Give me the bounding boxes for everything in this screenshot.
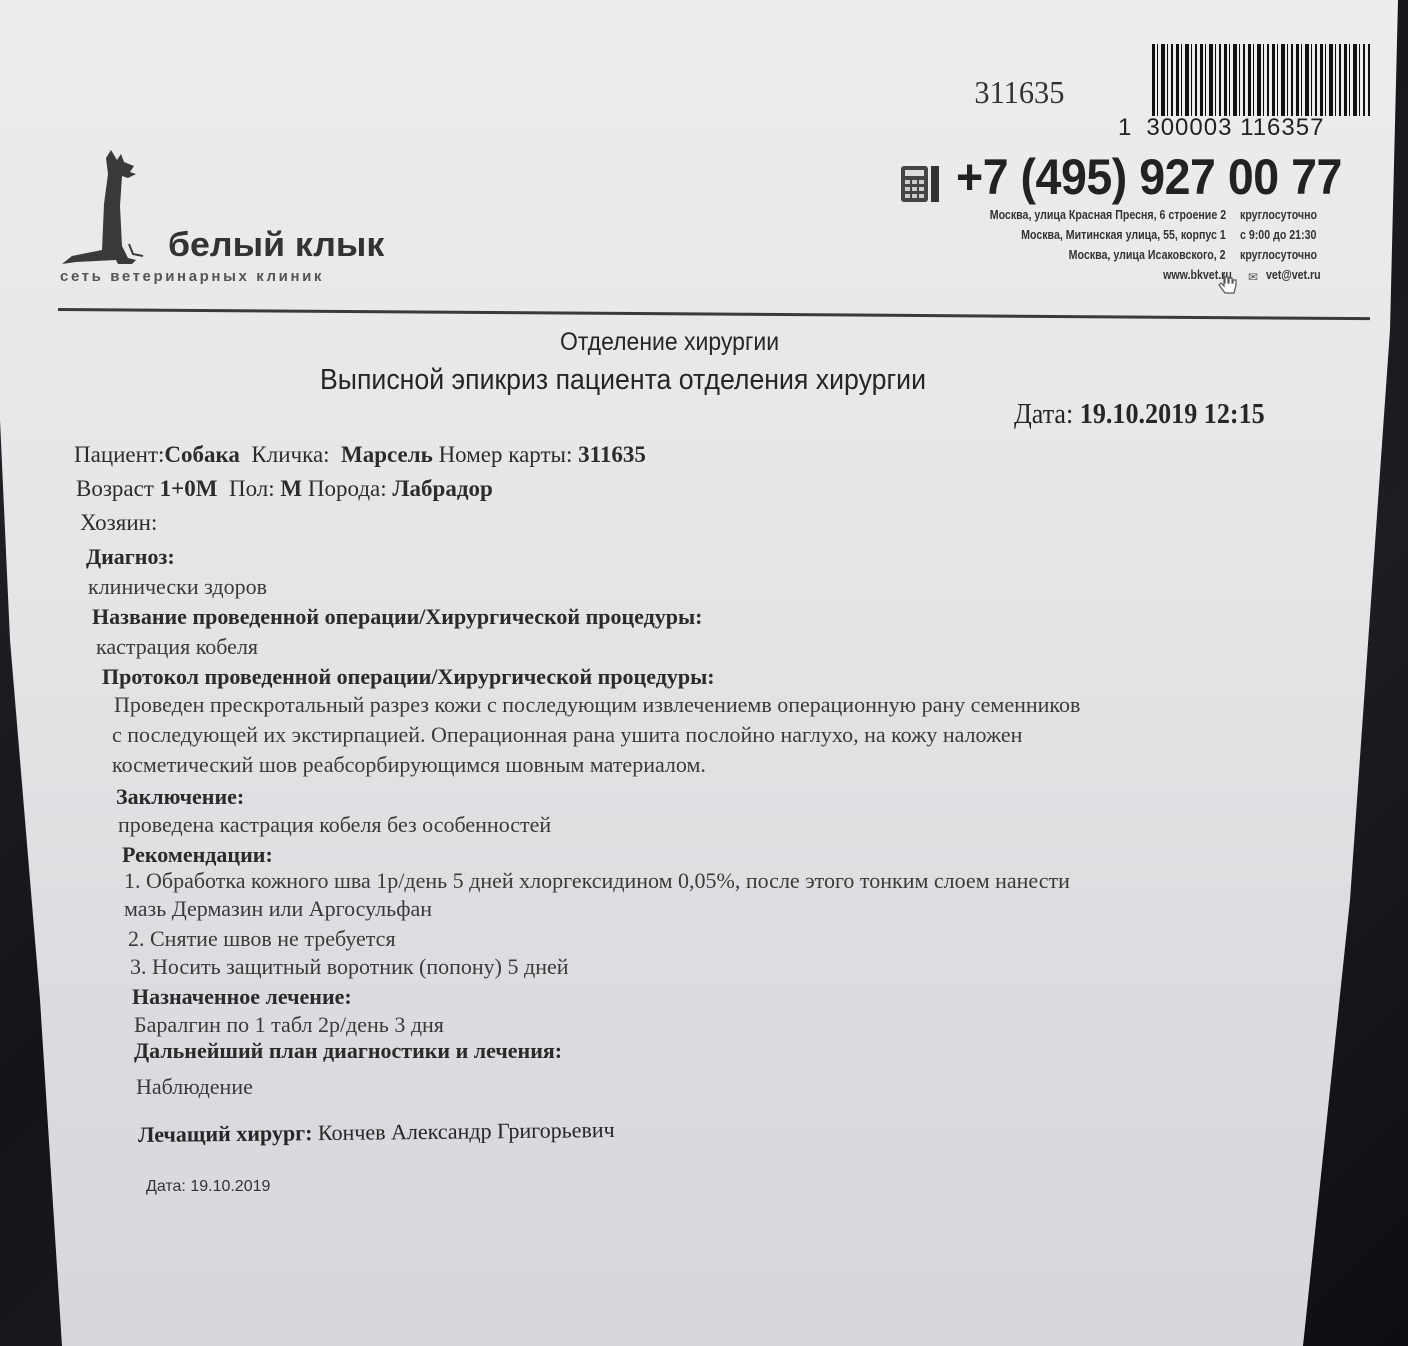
owner-label: Хозяин: [80, 510, 157, 535]
operation-name-heading: Название проведенной операции/Хирургичес… [92, 604, 703, 630]
sex-value: М [280, 476, 302, 501]
protocol-heading: Протокол проведенной операции/Хирургичес… [102, 664, 715, 690]
protocol-line-1: Проведен прескротальный разрез кожи с по… [114, 692, 1080, 718]
hand-cursor-icon [1218, 272, 1238, 298]
recommendations-heading: Рекомендации: [122, 842, 273, 868]
paper-sheet: 311635 1300003 116357 +7 (495) 927 00 77… [0, 0, 1408, 1346]
barcode-digits: 1300003 116357 [1118, 114, 1324, 142]
nickname-value: Марсель [341, 442, 433, 467]
dog-logo-icon [55, 148, 165, 268]
barcode [1152, 44, 1370, 116]
envelope-icon: ✉ [1248, 270, 1258, 285]
address-2: Москва, Митинская улица, 55, корпус 1 [1021, 228, 1226, 242]
barcode-prefix: 1 [1118, 114, 1132, 141]
date-value: 19.10.2019 12:15 [1080, 398, 1265, 430]
nickname-label: Кличка: [251, 442, 329, 467]
plan-text: Наблюдение [136, 1074, 253, 1100]
hours-3: круглосуточно [1240, 248, 1317, 262]
surgeon-line: Лечащий хирург: Кончев Александр Григорь… [138, 1117, 615, 1148]
operation-name-text: кастрация кобеля [96, 634, 258, 660]
recommendation-1: 1. Обработка кожного шва 1р/день 5 дней … [124, 868, 1070, 894]
breed-value: Лабрадор [392, 476, 492, 501]
email-link[interactable]: vet@vet.ru [1266, 268, 1321, 282]
protocol-line-3: косметический шов реабсорбирующимся шовн… [112, 752, 706, 778]
treatment-text: Баралгин по 1 табл 2р/день 3 дня [134, 1012, 444, 1038]
hours-1: круглосуточно [1240, 208, 1317, 222]
recommendation-1-cont: мазь Дермазин или Аргосульфан [124, 896, 432, 922]
conclusion-heading: Заключение: [116, 784, 244, 810]
patient-label: Пациент: [74, 442, 164, 467]
protocol-line-2: с последующей их экстирпацией. Операцион… [112, 722, 1022, 748]
patient-value: Собака [164, 442, 240, 467]
surgeon-label: Лечащий хирург: [138, 1120, 313, 1147]
diagnosis-heading: Диагноз: [86, 544, 175, 570]
plan-heading: Дальнейший план диагностики и лечения: [134, 1038, 562, 1064]
date-label: Дата: [1014, 398, 1073, 430]
bottom-date: Дата: 19.10.2019 [146, 1178, 270, 1196]
logo-name: белый клык [168, 226, 384, 265]
hours-2: с 9:00 до 21:30 [1240, 228, 1316, 242]
address-1: Москва, улица Красная Пресня, 6 строение… [990, 208, 1226, 222]
recommendation-2: 2. Снятие швов не требуется [128, 926, 396, 952]
document-title: Выписной эпикриз пациента отделения хиру… [320, 364, 926, 397]
calculator-phone-icon [900, 164, 940, 204]
sex-label: Пол: [229, 476, 275, 501]
diagnosis-text: клинически здоров [88, 574, 267, 600]
owner-line: Хозяин: [80, 510, 157, 536]
conclusion-text: проведена кастрация кобеля без особеннос… [118, 812, 551, 838]
patient-line-1: Пациент:Собака Кличка: Марсель Номер кар… [74, 442, 646, 468]
treatment-heading: Назначенное лечение: [132, 984, 352, 1010]
age-label: Возраст [76, 476, 154, 501]
card-value: 311635 [578, 442, 646, 467]
breed-label: Порода: [308, 476, 387, 501]
card-number-top: 311635 [974, 74, 1064, 111]
header-divider [58, 308, 1370, 320]
address-3: Москва, улица Исаковского, 2 [1069, 248, 1226, 262]
logo-subtitle: сеть ветеринарных клиник [60, 268, 324, 285]
clinic-phone: +7 (495) 927 00 77 [956, 148, 1342, 206]
document-date: Дата: 19.10.2019 12:15 [1014, 398, 1265, 431]
barcode-group-1: 300003 [1146, 114, 1232, 141]
recommendation-3: 3. Носить защитный воротник (попону) 5 д… [130, 954, 569, 980]
barcode-group-2: 116357 [1240, 114, 1324, 141]
age-value: 1+0М [160, 476, 218, 501]
surgeon-name: Кончев Александр Григорьевич [318, 1117, 615, 1145]
card-label: Номер карты: [439, 442, 573, 467]
department-title: Отделение хирургии [560, 328, 779, 357]
patient-line-2: Возраст 1+0М Пол: М Порода: Лабрадор [76, 476, 493, 502]
